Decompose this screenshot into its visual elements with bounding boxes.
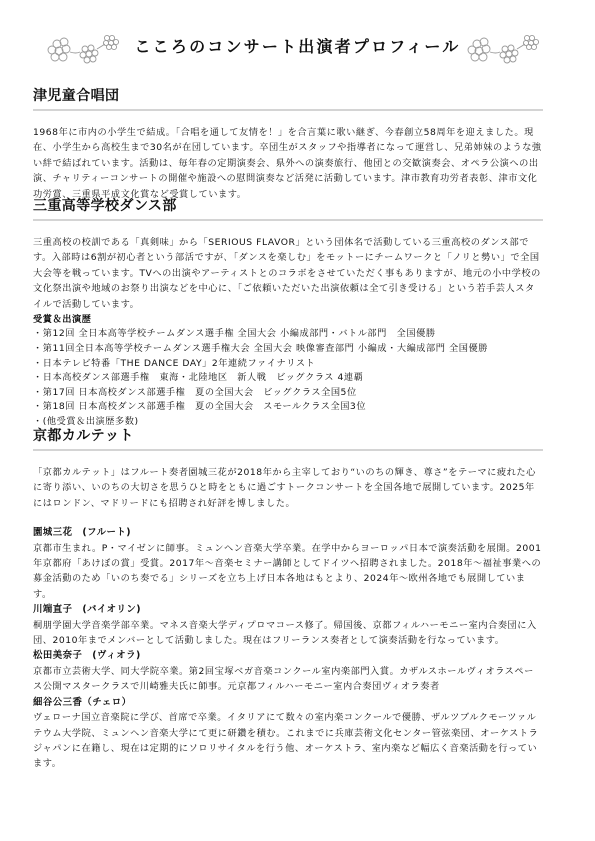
member-bio: 京都市生まれ。P・マイゼンに師事。ミュンヘン音楽大学卒業。在学中からヨーロッパ日… bbox=[33, 541, 543, 603]
flower-branch-icon bbox=[464, 32, 544, 66]
award-item: ・第12回 全日本高等学校チームダンス選手権 全国大会 小編成部門・バトル部門 … bbox=[33, 327, 543, 342]
member-profile: 園城三花 (フルート) 京都市生まれ。P・マイゼンに師事。ミュンヘン音楽大学卒業… bbox=[33, 525, 543, 602]
section-description: 「京都カルテット」はフルート奏者園城三花が2018年から主宰しており“いのちの輝… bbox=[33, 465, 543, 511]
awards-list: ・第12回 全日本高等学校チームダンス選手権 全国大会 小編成部門・バトル部門 … bbox=[33, 327, 543, 429]
section-kyoto-quartet: 京都カルテット 「京都カルテット」はフルート奏者園城三花が2018年から主宰して… bbox=[33, 425, 543, 772]
member-bio: 桐朋学園大学音楽学部卒業。マネス音楽大学ディプロマコース修了。帰国後、京都フィル… bbox=[33, 618, 543, 649]
section-mie-dance-club: 三重高等学校ダンス部 三重高校の校訓である「真剣味」から「SERIOUS FLA… bbox=[33, 195, 543, 430]
awards-heading: 受賞＆出演歴 bbox=[33, 312, 543, 327]
section-description: 三重高校の校訓である「真剣味」から「SERIOUS FLAVOR」という団体名で… bbox=[33, 235, 543, 312]
member-name: 園城三花 (フルート) bbox=[33, 525, 543, 540]
members-list: 園城三花 (フルート) 京都市生まれ。P・マイゼンに師事。ミュンヘン音楽大学卒業… bbox=[33, 525, 543, 772]
section-tsu-childrens-choir: 津児童合唱団 1968年に市内の小学生で結成。「合唱を通して友情を！」を合言葉に… bbox=[33, 85, 543, 202]
section-title: 京都カルテット bbox=[33, 425, 543, 451]
member-name: 川端直子 (バイオリン) bbox=[33, 602, 543, 617]
section-title: 三重高等学校ダンス部 bbox=[33, 195, 543, 221]
member-bio: 京都市立芸術大学、同大学院卒業。第2回宝塚ベガ音楽コンクール室内楽部門入賞。カザ… bbox=[33, 664, 543, 695]
award-item: ・日本テレビ特番「THE DANCE DAY」2年連続ファイナリスト bbox=[33, 357, 543, 372]
award-item: ・第18回 日本高校ダンス部選手権 夏の全国大会 スモールクラス全国3位 bbox=[33, 400, 543, 415]
member-name: 細谷公三香（チェロ） bbox=[33, 695, 543, 710]
award-item: ・第17回 日本高校ダンス部選手権 夏の全国大会 ビッグクラス全国5位 bbox=[33, 386, 543, 401]
award-item: ・日本高校ダンス部選手権 東海・北陸地区 新人戦 ビッグクラス 4連覇 bbox=[33, 371, 543, 386]
section-description: 1968年に市内の小学生で結成。「合唱を通して友情を！」を合言葉に歌い継ぎ、今春… bbox=[33, 125, 543, 202]
member-name: 松田美奈子 (ヴィオラ) bbox=[33, 648, 543, 663]
member-bio: ヴェローナ国立音楽院に学び、首席で卒業。イタリアにて数々の室内楽コンクールで優勝… bbox=[33, 710, 543, 772]
section-title: 津児童合唱団 bbox=[33, 85, 543, 111]
page-header: こころのコンサート出演者プロフィール bbox=[0, 28, 595, 64]
member-profile: 細谷公三香（チェロ） ヴェローナ国立音楽院に学び、首席で卒業。イタリアにて数々の… bbox=[33, 695, 543, 772]
award-item: ・第11回全日本高等学校チームダンス選手権大会 全国大会 映像審査部門 小編成・… bbox=[33, 342, 543, 357]
member-profile: 松田美奈子 (ヴィオラ) 京都市立芸術大学、同大学院卒業。第2回宝塚ベガ音楽コン… bbox=[33, 648, 543, 694]
member-profile: 川端直子 (バイオリン) 桐朋学園大学音楽学部卒業。マネス音楽大学ディプロマコー… bbox=[33, 602, 543, 648]
